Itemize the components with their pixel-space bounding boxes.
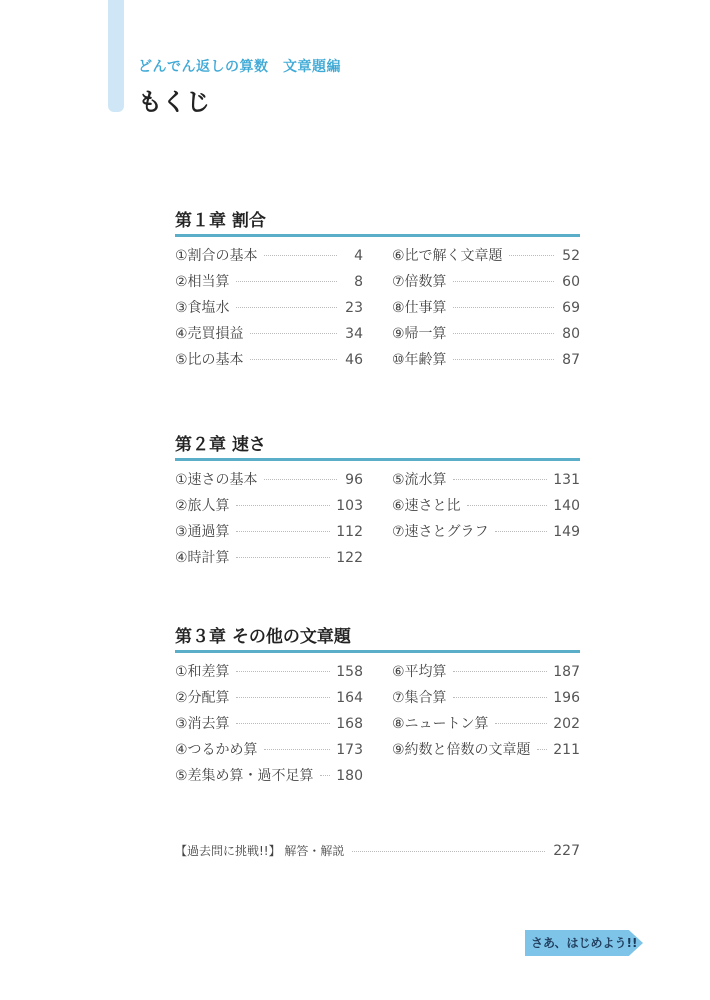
answers-page: 227 xyxy=(553,843,580,859)
dot-leader xyxy=(453,307,554,308)
answers-entry[interactable]: 【過去問に挑戦!!】 解答・解説 227 xyxy=(175,842,580,859)
toc-item-label: ②分配算 xyxy=(175,687,230,707)
toc-item-page: 202 xyxy=(553,716,580,732)
dot-leader xyxy=(453,671,548,672)
toc-item-label: ②相当算 xyxy=(175,271,230,291)
toc-item[interactable]: ⑦速さとグラフ 149 xyxy=(392,521,580,547)
toc-item-label: ④つるかめ算 xyxy=(175,739,258,759)
toc-item-label: ⑦集合算 xyxy=(392,687,447,707)
toc-item[interactable]: ①速さの基本 96 xyxy=(175,469,363,495)
dot-leader xyxy=(236,697,331,698)
toc-item[interactable]: ⑤差集め算・過不足算 180 xyxy=(175,765,363,791)
toc-item-label: ⑤流水算 xyxy=(392,469,447,489)
toc-item[interactable]: ⑤流水算 131 xyxy=(392,469,580,495)
toc-column-left: ①速さの基本 96 ②旅人算 103 ③通過算 112 ④時計算 122 xyxy=(175,469,363,573)
dot-leader xyxy=(236,281,337,282)
chapter-title: 第２章 速さ xyxy=(175,430,580,461)
toc-item-page: 187 xyxy=(553,664,580,680)
toc-item-page: 196 xyxy=(553,690,580,706)
series-title: どんでん返しの算数 文章題編 xyxy=(138,56,341,76)
toc-item-page: 122 xyxy=(336,550,363,566)
dot-leader xyxy=(495,723,548,724)
chapter-title: 第１章 割合 xyxy=(175,206,580,237)
toc-item-page: 87 xyxy=(560,352,580,368)
toc-item[interactable]: ②分配算 164 xyxy=(175,687,363,713)
toc-item-label: ⑦速さとグラフ xyxy=(392,521,489,541)
toc-item[interactable]: ⑩年齢算 87 xyxy=(392,349,580,375)
chapter-section: 第２章 速さ ①速さの基本 96 ②旅人算 103 ③通過算 112 ④時計算 … xyxy=(175,430,580,573)
toc-item[interactable]: ④売買損益 34 xyxy=(175,323,363,349)
chapter-section: 第３章 その他の文章題 ①和差算 158 ②分配算 164 ③消去算 168 ④… xyxy=(175,622,580,791)
toc-column-left: ①割合の基本 4 ②相当算 8 ③食塩水 23 ④売買損益 34 ⑤比の基本 4… xyxy=(175,245,363,375)
dot-leader xyxy=(236,723,331,724)
toc-item-label: ②旅人算 xyxy=(175,495,230,515)
dot-leader xyxy=(352,851,545,852)
toc-item[interactable]: ⑦集合算 196 xyxy=(392,687,580,713)
page-title: もくじ xyxy=(138,82,210,117)
toc-item-label: ⑨帰一算 xyxy=(392,323,447,343)
toc-item-page: 103 xyxy=(336,498,363,514)
toc-item[interactable]: ②旅人算 103 xyxy=(175,495,363,521)
dot-leader xyxy=(453,697,548,698)
toc-item-page: 96 xyxy=(343,472,363,488)
dot-leader xyxy=(453,479,548,480)
toc-item-page: 69 xyxy=(560,300,580,316)
dot-leader xyxy=(453,281,554,282)
toc-item-label: ⑥速さと比 xyxy=(392,495,461,515)
toc-item-label: ③通過算 xyxy=(175,521,230,541)
toc-item-label: ⑦倍数算 xyxy=(392,271,447,291)
toc-item[interactable]: ④つるかめ算 173 xyxy=(175,739,363,765)
toc-item[interactable]: ①割合の基本 4 xyxy=(175,245,363,271)
dot-leader xyxy=(467,505,548,506)
toc-item[interactable]: ③食塩水 23 xyxy=(175,297,363,323)
toc-item[interactable]: ⑥比で解く文章題 52 xyxy=(392,245,580,271)
toc-item-page: 4 xyxy=(343,248,363,264)
answers-label: 【過去問に挑戦!!】 解答・解説 xyxy=(175,842,344,859)
toc-item[interactable]: ⑨約数と倍数の文章題 211 xyxy=(392,739,580,765)
toc-item[interactable]: ③消去算 168 xyxy=(175,713,363,739)
toc-item-page: 140 xyxy=(553,498,580,514)
toc-item[interactable]: ⑥平均算 187 xyxy=(392,661,580,687)
toc-column-left: ①和差算 158 ②分配算 164 ③消去算 168 ④つるかめ算 173 ⑤差… xyxy=(175,661,363,791)
dot-leader xyxy=(495,531,548,532)
toc-item-page: 211 xyxy=(553,742,580,758)
start-badge: さあ、はじめよう!! xyxy=(525,930,643,956)
toc-item-page: 149 xyxy=(553,524,580,540)
dot-leader xyxy=(453,333,554,334)
toc-item-label: ③食塩水 xyxy=(175,297,230,317)
dot-leader xyxy=(264,255,337,256)
dot-leader xyxy=(537,749,548,750)
toc-item-page: 80 xyxy=(560,326,580,342)
toc-item[interactable]: ⑤比の基本 46 xyxy=(175,349,363,375)
dot-leader xyxy=(236,671,331,672)
dot-leader xyxy=(320,775,331,776)
dot-leader xyxy=(236,531,331,532)
toc-item-label: ⑤比の基本 xyxy=(175,349,244,369)
chapter-title: 第３章 その他の文章題 xyxy=(175,622,580,653)
toc-item-label: ⑥平均算 xyxy=(392,661,447,681)
toc-item[interactable]: ④時計算 122 xyxy=(175,547,363,573)
dot-leader xyxy=(453,359,554,360)
toc-item[interactable]: ⑧ニュートン算 202 xyxy=(392,713,580,739)
toc-item-label: ①速さの基本 xyxy=(175,469,258,489)
toc-item-label: ⑤差集め算・過不足算 xyxy=(175,765,314,785)
dot-leader xyxy=(236,557,331,558)
toc-item-page: 173 xyxy=(336,742,363,758)
toc-item-page: 23 xyxy=(343,300,363,316)
toc-item-label: ①割合の基本 xyxy=(175,245,258,265)
toc-item-page: 34 xyxy=(343,326,363,342)
toc-item-label: ④売買損益 xyxy=(175,323,244,343)
toc-item-label: ⑨約数と倍数の文章題 xyxy=(392,739,531,759)
toc-item[interactable]: ②相当算 8 xyxy=(175,271,363,297)
toc-item-label: ③消去算 xyxy=(175,713,230,733)
dot-leader xyxy=(250,359,337,360)
toc-item-page: 131 xyxy=(553,472,580,488)
toc-item-page: 52 xyxy=(560,248,580,264)
toc-column-right: ⑥平均算 187 ⑦集合算 196 ⑧ニュートン算 202 ⑨約数と倍数の文章題… xyxy=(392,661,580,791)
toc-item-label: ①和差算 xyxy=(175,661,230,681)
dot-leader xyxy=(236,307,337,308)
toc-item[interactable]: ⑥速さと比 140 xyxy=(392,495,580,521)
toc-item[interactable]: ⑧仕事算 69 xyxy=(392,297,580,323)
toc-item-page: 158 xyxy=(336,664,363,680)
toc-item-page: 60 xyxy=(560,274,580,290)
toc-item-page: 8 xyxy=(343,274,363,290)
toc-item[interactable]: ③通過算 112 xyxy=(175,521,363,547)
toc-item-page: 46 xyxy=(343,352,363,368)
toc-item-label: ⑧仕事算 xyxy=(392,297,447,317)
toc-item-page: 180 xyxy=(336,768,363,784)
toc-item[interactable]: ①和差算 158 xyxy=(175,661,363,687)
toc-item-label: ④時計算 xyxy=(175,547,230,567)
toc-item-label: ⑧ニュートン算 xyxy=(392,713,489,733)
toc-item-label: ⑥比で解く文章題 xyxy=(392,245,503,265)
dot-leader xyxy=(509,255,554,256)
dot-leader xyxy=(264,749,331,750)
toc-item-page: 168 xyxy=(336,716,363,732)
chapter-section: 第１章 割合 ①割合の基本 4 ②相当算 8 ③食塩水 23 ④売買損益 34 … xyxy=(175,206,580,375)
dot-leader xyxy=(264,479,337,480)
toc-item[interactable]: ⑦倍数算 60 xyxy=(392,271,580,297)
toc-column-right: ⑤流水算 131 ⑥速さと比 140 ⑦速さとグラフ 149 xyxy=(392,469,580,573)
toc-item-page: 164 xyxy=(336,690,363,706)
toc-item[interactable]: ⑨帰一算 80 xyxy=(392,323,580,349)
toc-item-label: ⑩年齢算 xyxy=(392,349,447,369)
toc-column-right: ⑥比で解く文章題 52 ⑦倍数算 60 ⑧仕事算 69 ⑨帰一算 80 ⑩年齢算… xyxy=(392,245,580,375)
dot-leader xyxy=(236,505,331,506)
toc-item-page: 112 xyxy=(336,524,363,540)
dot-leader xyxy=(250,333,337,334)
decorative-side-bar xyxy=(108,0,124,112)
